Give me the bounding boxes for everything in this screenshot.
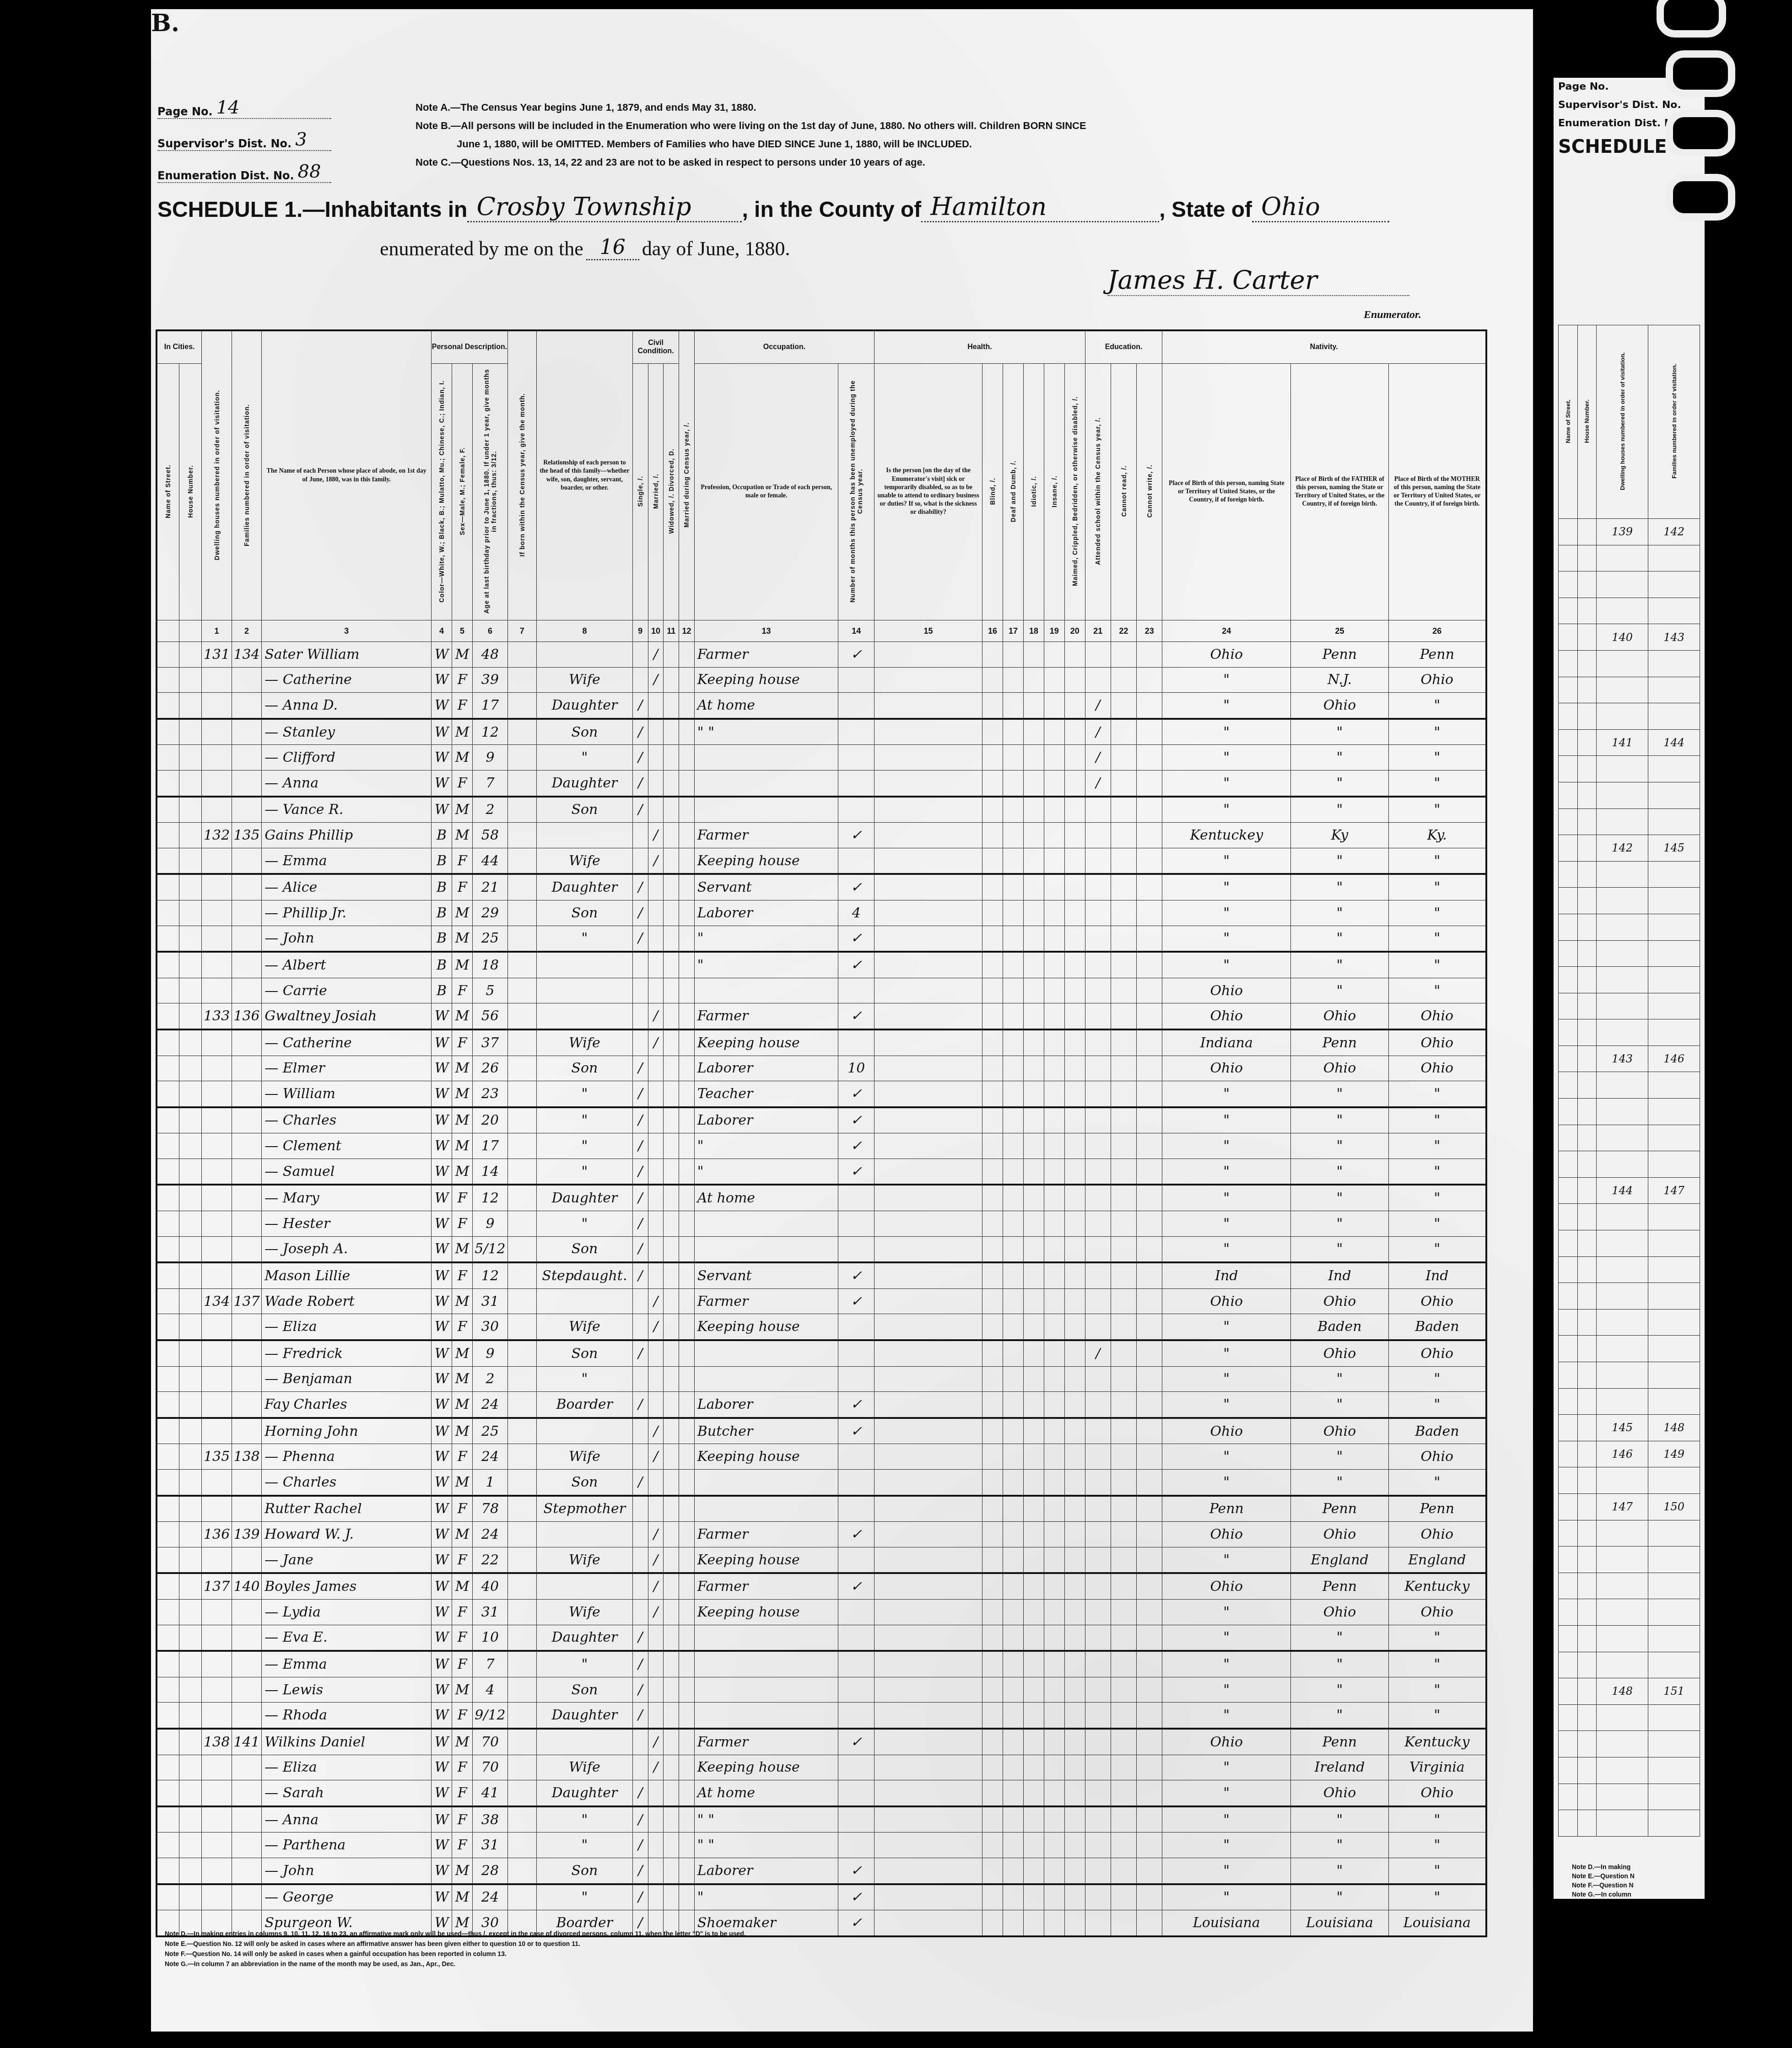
color-cell: W	[432, 1029, 452, 1056]
single-cell	[633, 1522, 648, 1547]
mother-birthplace-cell: Ohio	[1388, 1340, 1486, 1366]
house-cell	[179, 1056, 201, 1081]
single-cell	[633, 667, 648, 693]
table-row: 136139Howard W. J.WM24/Farmer✓OhioOhioOh…	[157, 1522, 1486, 1547]
married-cell: /	[648, 1029, 664, 1056]
header-idiotic: Idiotic, /.	[1023, 364, 1044, 620]
header-relationship: Relationship of each person to the head …	[536, 330, 632, 620]
next-page-row	[1559, 993, 1700, 1019]
deaf-cell	[1003, 1262, 1024, 1288]
family-cell	[232, 1029, 261, 1056]
house-cell	[179, 1340, 201, 1366]
sickness-cell	[874, 719, 982, 745]
born-month-cell	[507, 1056, 536, 1081]
occupation-cell	[694, 1366, 838, 1392]
maimed-cell	[1064, 1288, 1085, 1314]
house-cell	[179, 1858, 201, 1884]
maimed-cell	[1064, 1729, 1085, 1755]
school-cell	[1085, 1910, 1111, 1936]
occupation-cell: Keeping house	[694, 1314, 838, 1340]
married-cell	[648, 1107, 664, 1133]
color-cell: W	[432, 1625, 452, 1651]
house-cell	[179, 1884, 201, 1910]
cannot-write-cell	[1137, 1392, 1162, 1418]
widowed-cell	[664, 1236, 679, 1262]
single-cell	[633, 848, 648, 874]
idiotic-cell	[1023, 693, 1044, 719]
birthplace-cell: Kentuckey	[1162, 823, 1291, 848]
father-birthplace-cell: Ohio	[1291, 1288, 1389, 1314]
married-cell	[648, 978, 664, 1003]
married-year-cell	[679, 719, 695, 745]
age-cell: 44	[473, 848, 508, 874]
unemployed-cell	[838, 719, 874, 745]
birthplace-cell: "	[1162, 1366, 1291, 1392]
insane-cell	[1044, 1392, 1064, 1418]
np-street-cell	[1559, 703, 1578, 730]
sickness-cell	[874, 1910, 982, 1936]
note-c: Note C.—Questions Nos. 13, 14, 22 and 23…	[416, 153, 1560, 172]
insane-cell	[1044, 1573, 1064, 1599]
birthplace-cell: Ohio	[1162, 642, 1291, 668]
cannot-write-cell	[1137, 874, 1162, 900]
census-table: In Cities. Dwelling houses numbered in o…	[156, 329, 1487, 1937]
np-street-cell	[1559, 1731, 1578, 1757]
birthplace-cell: Penn	[1162, 1496, 1291, 1522]
np-street-cell	[1559, 808, 1578, 835]
widowed-cell	[664, 1418, 679, 1444]
single-cell: /	[633, 926, 648, 952]
occupation-cell: Keeping house	[694, 1547, 838, 1573]
np-dwelling-cell	[1597, 1336, 1648, 1362]
maimed-cell	[1064, 1651, 1085, 1677]
sex-cell: M	[452, 1081, 473, 1107]
color-cell: B	[432, 900, 452, 926]
name-cell: — Fredrick	[262, 1340, 432, 1366]
school-cell	[1085, 1236, 1111, 1262]
married-cell	[648, 1081, 664, 1107]
family-cell	[232, 926, 261, 952]
school-cell	[1085, 1056, 1111, 1081]
unemployed-cell: ✓	[838, 1910, 874, 1936]
unemployed-cell	[838, 1366, 874, 1392]
sickness-cell	[874, 1755, 982, 1780]
unemployed-cell	[838, 1470, 874, 1496]
insane-cell	[1044, 1107, 1064, 1133]
married-year-cell	[679, 1107, 695, 1133]
age-cell: 12	[473, 719, 508, 745]
school-cell	[1085, 667, 1111, 693]
street-cell	[157, 1288, 179, 1314]
np-family-cell	[1648, 1019, 1700, 1046]
single-cell: /	[633, 1262, 648, 1288]
sex-cell: F	[452, 1496, 473, 1522]
idiotic-cell	[1023, 1340, 1044, 1366]
relationship-cell: "	[536, 926, 632, 952]
school-cell: /	[1085, 719, 1111, 745]
next-page-row: 148151	[1559, 1678, 1700, 1705]
next-page-row	[1559, 967, 1700, 993]
np-family-cell	[1648, 1309, 1700, 1336]
occupation-cell: Servant	[694, 874, 838, 900]
birthplace-cell: Ohio	[1162, 1056, 1291, 1081]
street-cell	[157, 1003, 179, 1029]
single-cell: /	[633, 1081, 648, 1107]
idiotic-cell	[1023, 1107, 1044, 1133]
school-cell	[1085, 1858, 1111, 1884]
table-row: 132135Gains PhillipBM58/Farmer✓Kentuckey…	[157, 823, 1486, 848]
np-dwelling-cell: 148	[1597, 1678, 1648, 1705]
blind-cell	[982, 1651, 1003, 1677]
age-cell: 12	[473, 1185, 508, 1211]
blind-cell	[982, 1133, 1003, 1159]
street-cell	[157, 874, 179, 900]
unemployed-cell	[838, 693, 874, 719]
np-house-cell	[1577, 1704, 1597, 1731]
header-sex: Sex—Male, M.; Female, F.	[452, 364, 473, 620]
family-cell	[232, 978, 261, 1003]
father-birthplace-cell: "	[1291, 1236, 1389, 1262]
cannot-read-cell	[1111, 1366, 1136, 1392]
cannot-read-cell	[1111, 1755, 1136, 1780]
house-cell	[179, 978, 201, 1003]
color-cell: W	[432, 1729, 452, 1755]
mother-birthplace-cell: "	[1388, 1625, 1486, 1651]
age-cell: 78	[473, 1496, 508, 1522]
sex-cell: M	[452, 1288, 473, 1314]
idiotic-cell	[1023, 1729, 1044, 1755]
married-cell	[648, 1392, 664, 1418]
street-cell	[157, 1366, 179, 1392]
married-cell	[648, 1858, 664, 1884]
np-house-cell	[1577, 1151, 1597, 1178]
relationship-cell: Son	[536, 1470, 632, 1496]
unemployed-cell: ✓	[838, 926, 874, 952]
widowed-cell	[664, 1573, 679, 1599]
cannot-read-cell	[1111, 1185, 1136, 1211]
next-page-row	[1559, 914, 1700, 940]
np-street-cell	[1559, 940, 1578, 967]
color-cell: W	[432, 1418, 452, 1444]
married-year-cell	[679, 1366, 695, 1392]
sex-cell: M	[452, 1107, 473, 1133]
cannot-read-cell	[1111, 900, 1136, 926]
school-cell	[1085, 848, 1111, 874]
next-page-row	[1559, 571, 1700, 598]
header-dwelling: Dwelling houses numbered in order of vis…	[202, 330, 232, 620]
street-cell	[157, 1729, 179, 1755]
table-row: — JohnWM28Son/Laborer✓"""	[157, 1858, 1486, 1884]
insane-cell	[1044, 1910, 1064, 1936]
school-cell	[1085, 1159, 1111, 1185]
father-birthplace-cell: Penn	[1291, 1029, 1389, 1056]
idiotic-cell	[1023, 1133, 1044, 1159]
corner-letter: B.	[151, 9, 179, 37]
school-cell	[1085, 1832, 1111, 1858]
school-cell	[1085, 1884, 1111, 1910]
unemployed-cell	[838, 1832, 874, 1858]
single-cell: /	[633, 1470, 648, 1496]
np-family-cell	[1648, 1520, 1700, 1547]
dwelling-cell	[202, 1314, 232, 1340]
occupation-cell: Laborer	[694, 900, 838, 926]
np-house-cell	[1577, 1256, 1597, 1283]
insane-cell	[1044, 1029, 1064, 1056]
next-page-row	[1559, 1652, 1700, 1678]
np-house-cell	[1577, 624, 1597, 651]
school-cell: /	[1085, 745, 1111, 771]
married-year-cell	[679, 1573, 695, 1599]
father-birthplace-cell: Ind	[1291, 1262, 1389, 1288]
name-cell: Horning John	[262, 1418, 432, 1444]
father-birthplace-cell: Louisiana	[1291, 1910, 1389, 1936]
married-year-cell	[679, 1755, 695, 1780]
born-month-cell	[507, 797, 536, 823]
mother-birthplace-cell: "	[1388, 797, 1486, 823]
relationship-cell	[536, 1418, 632, 1444]
color-cell: W	[432, 1651, 452, 1677]
blind-cell	[982, 667, 1003, 693]
cannot-write-cell	[1137, 667, 1162, 693]
np-family-cell	[1648, 888, 1700, 914]
np-dwelling-cell	[1597, 1573, 1648, 1599]
widowed-cell	[664, 1056, 679, 1081]
married-cell	[648, 1056, 664, 1081]
married-cell	[648, 693, 664, 719]
born-month-cell	[507, 1340, 536, 1366]
np-street-cell	[1559, 782, 1578, 808]
column-number: 6	[473, 620, 508, 642]
color-cell: W	[432, 1236, 452, 1262]
np-street-cell	[1559, 545, 1578, 571]
np-dwelling-cell	[1597, 756, 1648, 782]
np-dwelling-cell	[1597, 677, 1648, 703]
maimed-cell	[1064, 1832, 1085, 1858]
sickness-cell	[874, 1211, 982, 1237]
relationship-cell: Daughter	[536, 693, 632, 719]
column-number: 7	[507, 620, 536, 642]
note-b-continued: June 1, 1880, will be OMITTED. Members o…	[416, 135, 1560, 153]
mother-birthplace-cell: Ohio	[1388, 667, 1486, 693]
name-cell: — Hester	[262, 1211, 432, 1237]
idiotic-cell	[1023, 1780, 1044, 1806]
np-house-cell	[1577, 993, 1597, 1019]
np-street-cell	[1559, 861, 1578, 888]
deaf-cell	[1003, 1185, 1024, 1211]
single-cell: /	[633, 1677, 648, 1703]
married-cell	[648, 1236, 664, 1262]
born-month-cell	[507, 1366, 536, 1392]
sex-cell: M	[452, 1236, 473, 1262]
house-cell	[179, 719, 201, 745]
enumeration-district-value: 88	[298, 161, 321, 182]
np-house-cell	[1577, 1547, 1597, 1573]
table-row: — CatherineWF39Wife/Keeping house"N.J.Oh…	[157, 667, 1486, 693]
cannot-write-cell	[1137, 952, 1162, 978]
header-birth-father: Place of Birth of the FATHER of this per…	[1291, 364, 1389, 620]
married-year-cell	[679, 1133, 695, 1159]
mother-birthplace-cell: Ky.	[1388, 823, 1486, 848]
deaf-cell	[1003, 848, 1024, 874]
header-cannot-read: Cannot read, /.	[1111, 364, 1136, 620]
column-number: 23	[1137, 620, 1162, 642]
widowed-cell	[664, 1081, 679, 1107]
mother-birthplace-cell: "	[1388, 1392, 1486, 1418]
next-page-row	[1559, 1704, 1700, 1731]
father-birthplace-cell: Ohio	[1291, 1340, 1389, 1366]
next-page-row	[1559, 1072, 1700, 1099]
street-cell	[157, 1107, 179, 1133]
np-header-house: House Number.	[1577, 325, 1597, 519]
married-year-cell	[679, 745, 695, 771]
father-birthplace-cell: "	[1291, 1703, 1389, 1729]
next-page-row: 140143	[1559, 624, 1700, 651]
name-cell: — Vance R.	[262, 797, 432, 823]
next-page-row	[1559, 1230, 1700, 1257]
school-cell	[1085, 1444, 1111, 1470]
np-dwelling-cell	[1597, 1151, 1648, 1178]
dwelling-cell	[202, 900, 232, 926]
table-row: — ElizaWF30Wife/Keeping house"BadenBaden	[157, 1314, 1486, 1340]
idiotic-cell	[1023, 1262, 1044, 1288]
age-cell: 40	[473, 1573, 508, 1599]
np-street-cell	[1559, 1467, 1578, 1494]
occupation-cell: Farmer	[694, 1288, 838, 1314]
dwelling-cell: 131	[202, 642, 232, 668]
enumerator-signature: James H. Carter	[1107, 265, 1409, 296]
color-cell: W	[432, 1573, 452, 1599]
born-month-cell	[507, 952, 536, 978]
dwelling-cell	[202, 770, 232, 796]
born-month-cell	[507, 1133, 536, 1159]
widowed-cell	[664, 1677, 679, 1703]
cannot-write-cell	[1137, 1081, 1162, 1107]
street-cell	[157, 642, 179, 668]
sex-cell: F	[452, 693, 473, 719]
group-occupation: Occupation.	[694, 330, 874, 364]
idiotic-cell	[1023, 848, 1044, 874]
cannot-write-cell	[1137, 1599, 1162, 1625]
mother-birthplace-cell: "	[1388, 848, 1486, 874]
np-house-cell	[1577, 861, 1597, 888]
color-cell: W	[432, 1262, 452, 1288]
np-street-cell	[1559, 1757, 1578, 1784]
age-cell: 18	[473, 952, 508, 978]
house-cell	[179, 874, 201, 900]
relationship-cell: Stepmother	[536, 1496, 632, 1522]
age-cell: 24	[473, 1444, 508, 1470]
cannot-write-cell	[1137, 1858, 1162, 1884]
column-number: 1	[202, 620, 232, 642]
house-cell	[179, 1081, 201, 1107]
street-cell	[157, 1780, 179, 1806]
relationship-cell: Son	[536, 1677, 632, 1703]
column-number: 21	[1085, 620, 1111, 642]
cannot-read-cell	[1111, 1651, 1136, 1677]
column-number: 12	[679, 620, 695, 642]
color-cell: W	[432, 1547, 452, 1573]
married-year-cell	[679, 874, 695, 900]
married-year-cell	[679, 1444, 695, 1470]
occupation-cell: Keeping house	[694, 1755, 838, 1780]
name-cell: — Phenna	[262, 1444, 432, 1470]
relationship-cell	[536, 952, 632, 978]
widowed-cell	[664, 1366, 679, 1392]
born-month-cell	[507, 1392, 536, 1418]
deaf-cell	[1003, 1625, 1024, 1651]
maimed-cell	[1064, 1444, 1085, 1470]
table-row: — JaneWF22Wife/Keeping house"EnglandEngl…	[157, 1547, 1486, 1573]
house-cell	[179, 1159, 201, 1185]
maimed-cell	[1064, 823, 1085, 848]
relationship-cell	[536, 823, 632, 848]
np-house-cell	[1577, 571, 1597, 598]
unemployed-cell	[838, 1211, 874, 1237]
name-cell: — John	[262, 1858, 432, 1884]
house-cell	[179, 1185, 201, 1211]
np-dwelling-cell	[1597, 940, 1648, 967]
table-row: — CharlesWM20"/Laborer✓"""	[157, 1107, 1486, 1133]
header-age: Age at last birthday prior to June 1, 18…	[473, 364, 508, 620]
maimed-cell	[1064, 1056, 1085, 1081]
cannot-write-cell	[1137, 1547, 1162, 1573]
street-cell	[157, 1806, 179, 1832]
widowed-cell	[664, 1029, 679, 1056]
street-cell	[157, 745, 179, 771]
father-birthplace-cell: "	[1291, 1677, 1389, 1703]
cannot-read-cell	[1111, 1858, 1136, 1884]
name-cell: Boyles James	[262, 1573, 432, 1599]
np-dwelling-cell: 141	[1597, 729, 1648, 756]
color-cell: W	[432, 1211, 452, 1237]
relationship-cell: "	[536, 1832, 632, 1858]
born-month-cell	[507, 1677, 536, 1703]
house-cell	[179, 1029, 201, 1056]
np-family-cell	[1648, 808, 1700, 835]
np-street-cell	[1559, 1704, 1578, 1731]
birthplace-cell: "	[1162, 1547, 1291, 1573]
name-cell: Gains Phillip	[262, 823, 432, 848]
next-page-rows: 1391421401431411441421451431461441471451…	[1559, 519, 1700, 1837]
sickness-cell	[874, 1262, 982, 1288]
table-row: — WilliamWM23"/Teacher✓"""	[157, 1081, 1486, 1107]
mother-birthplace-cell: Ohio	[1388, 1003, 1486, 1029]
mother-birthplace-cell: "	[1388, 1081, 1486, 1107]
father-birthplace-cell: "	[1291, 1211, 1389, 1237]
insane-cell	[1044, 1314, 1064, 1340]
street-cell	[157, 1159, 179, 1185]
widowed-cell	[664, 1858, 679, 1884]
birthplace-cell: "	[1162, 1185, 1291, 1211]
relationship-cell: Wife	[536, 848, 632, 874]
name-cell: Wade Robert	[262, 1288, 432, 1314]
house-cell	[179, 823, 201, 848]
header-blind: Blind, /.	[982, 364, 1003, 620]
maimed-cell	[1064, 1599, 1085, 1625]
mother-birthplace-cell: "	[1388, 745, 1486, 771]
np-dwelling-cell: 143	[1597, 1046, 1648, 1072]
blind-cell	[982, 693, 1003, 719]
np-dwelling-cell	[1597, 782, 1648, 808]
street-cell	[157, 1470, 179, 1496]
insane-cell	[1044, 745, 1064, 771]
widowed-cell	[664, 1444, 679, 1470]
street-cell	[157, 1029, 179, 1056]
family-cell: 140	[232, 1573, 261, 1599]
married-cell	[648, 1625, 664, 1651]
np-family-cell: 142	[1648, 519, 1700, 545]
maimed-cell	[1064, 1133, 1085, 1159]
